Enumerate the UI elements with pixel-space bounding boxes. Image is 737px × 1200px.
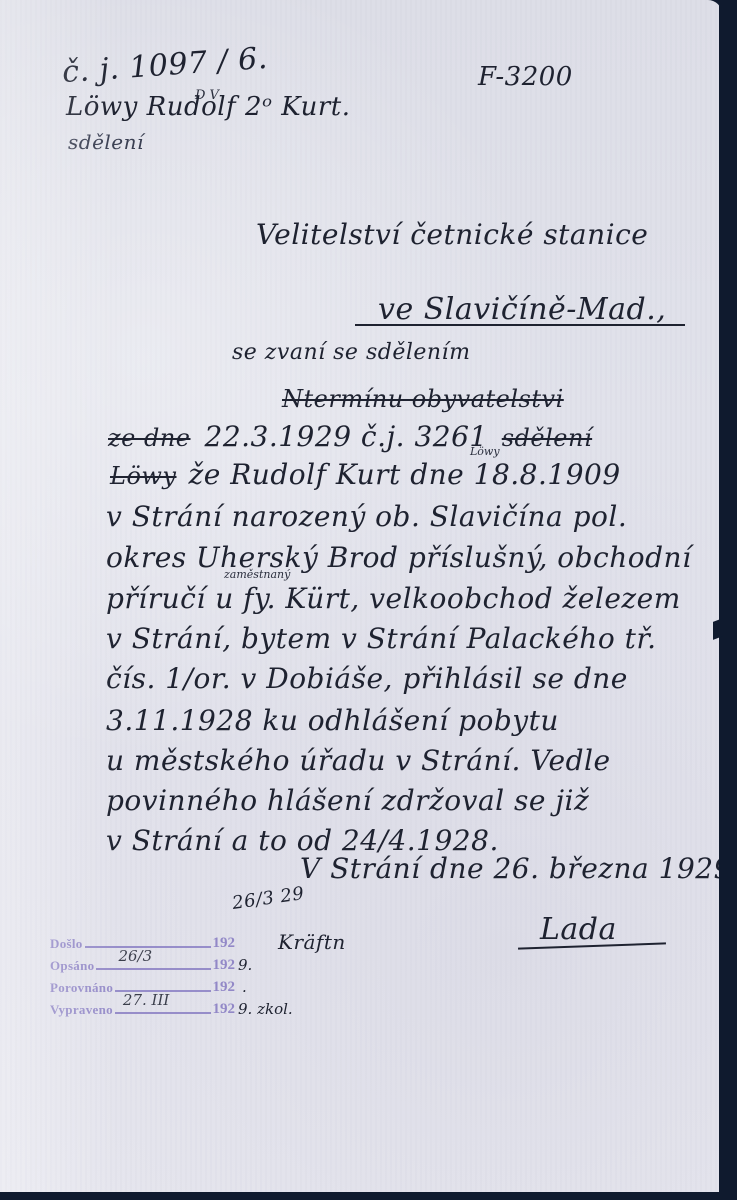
scan-background-bottom xyxy=(0,1192,737,1200)
stamp-label: Vypraveno xyxy=(50,1002,113,1018)
subject-sub: sdělení xyxy=(68,130,144,154)
struck-name: Löwy xyxy=(110,462,177,490)
margin-initials: Kräftn xyxy=(278,930,346,954)
scan-background-right xyxy=(719,0,737,1200)
body-line-3: Löwy že Rudolf Kurt dne 18.8.1909 xyxy=(110,458,621,491)
recipient-line-2: ve Slavičíně-Mad., xyxy=(378,292,666,327)
recipient-line-1: Velitelství četnické stanice xyxy=(256,218,648,251)
body-line-3-text: že Rudolf Kurt dne 18.8.1909 xyxy=(189,458,621,491)
stamp-row-dispatched: Vypraveno 27. III 192 9. zkol. xyxy=(50,996,235,1018)
insert-above-line-6: zaměstnaný xyxy=(224,568,290,581)
registry-stamp: Došlo 192 Opsáno 26/3 192 9. Porovnáno 1… xyxy=(50,930,235,1018)
reference-number: č. j. 1097 / 6. xyxy=(61,41,269,90)
stamp-fill: 27. III xyxy=(123,991,169,1009)
struck-suffix: sdělení xyxy=(502,424,592,452)
stamp-after: 9. xyxy=(238,956,252,974)
body-line-4: v Strání narozený ob. Slavičína pol. xyxy=(106,500,627,533)
stamp-fill: 26/3 xyxy=(118,947,152,965)
body-line-10: u městského úřadu v Strání. Vedle xyxy=(106,744,611,777)
insert-above-line-3: Löwy xyxy=(470,445,500,458)
body-line-8: čís. 1/or. v Dobiáše, přihlásil se dne xyxy=(106,662,628,695)
stamp-line: 26/3 xyxy=(96,968,210,970)
stamp-label: Opsáno xyxy=(50,958,94,974)
date-reference-line: ze dne 22.3.1929 č.j. 3261 sdělení xyxy=(108,420,592,453)
body-line-6: příručí u fy. Kürt, velkoobchod železem xyxy=(106,582,681,615)
body-line-7: v Strání, bytem v Strání Palackého tř. xyxy=(106,622,657,655)
stamp-after: . xyxy=(242,978,247,996)
body-line-9: 3.11.1928 ku odhlášení pobytu xyxy=(106,704,559,737)
paper-tear xyxy=(713,618,723,640)
opening-line: se zvaní se sdělením xyxy=(232,340,470,365)
signature: Lada xyxy=(540,912,617,947)
body-line-5: okres Uherský Brod příslušný, obchodní xyxy=(106,541,692,574)
stamp-year: 192 xyxy=(213,979,236,996)
stamp-label: Porovnáno xyxy=(50,980,113,996)
stamp-year: 192 xyxy=(213,1001,236,1018)
margin-date-note: 26/3 29 xyxy=(231,883,306,914)
subject-name: Löwy Rudolf 2ᵒ Kurt. xyxy=(66,92,351,122)
stamp-after: 9. zkol. xyxy=(238,1000,293,1018)
recipient-underline xyxy=(355,324,685,326)
date-reference: 22.3.1929 č.j. 3261 xyxy=(205,420,488,453)
stamp-year: 192 xyxy=(213,935,236,952)
struck-line-1: Ntermínu obyvatelstvi xyxy=(282,385,564,413)
document-page: č. j. 1097 / 6. D V Löwy Rudolf 2ᵒ Kurt.… xyxy=(0,0,722,1192)
stamp-year: 192 xyxy=(213,957,236,974)
struck-prefix: ze dne xyxy=(108,424,191,452)
stamp-line: 27. III xyxy=(115,1012,211,1014)
stamp-row-copied: Opsáno 26/3 192 9. xyxy=(50,952,235,974)
body-line-11: povinného hlášení zdržoval se již xyxy=(106,784,589,817)
place-and-date: V Strání dne 26. března 1929. xyxy=(300,852,722,885)
file-number: F-3200 xyxy=(478,62,573,92)
stamp-label: Došlo xyxy=(50,936,83,952)
